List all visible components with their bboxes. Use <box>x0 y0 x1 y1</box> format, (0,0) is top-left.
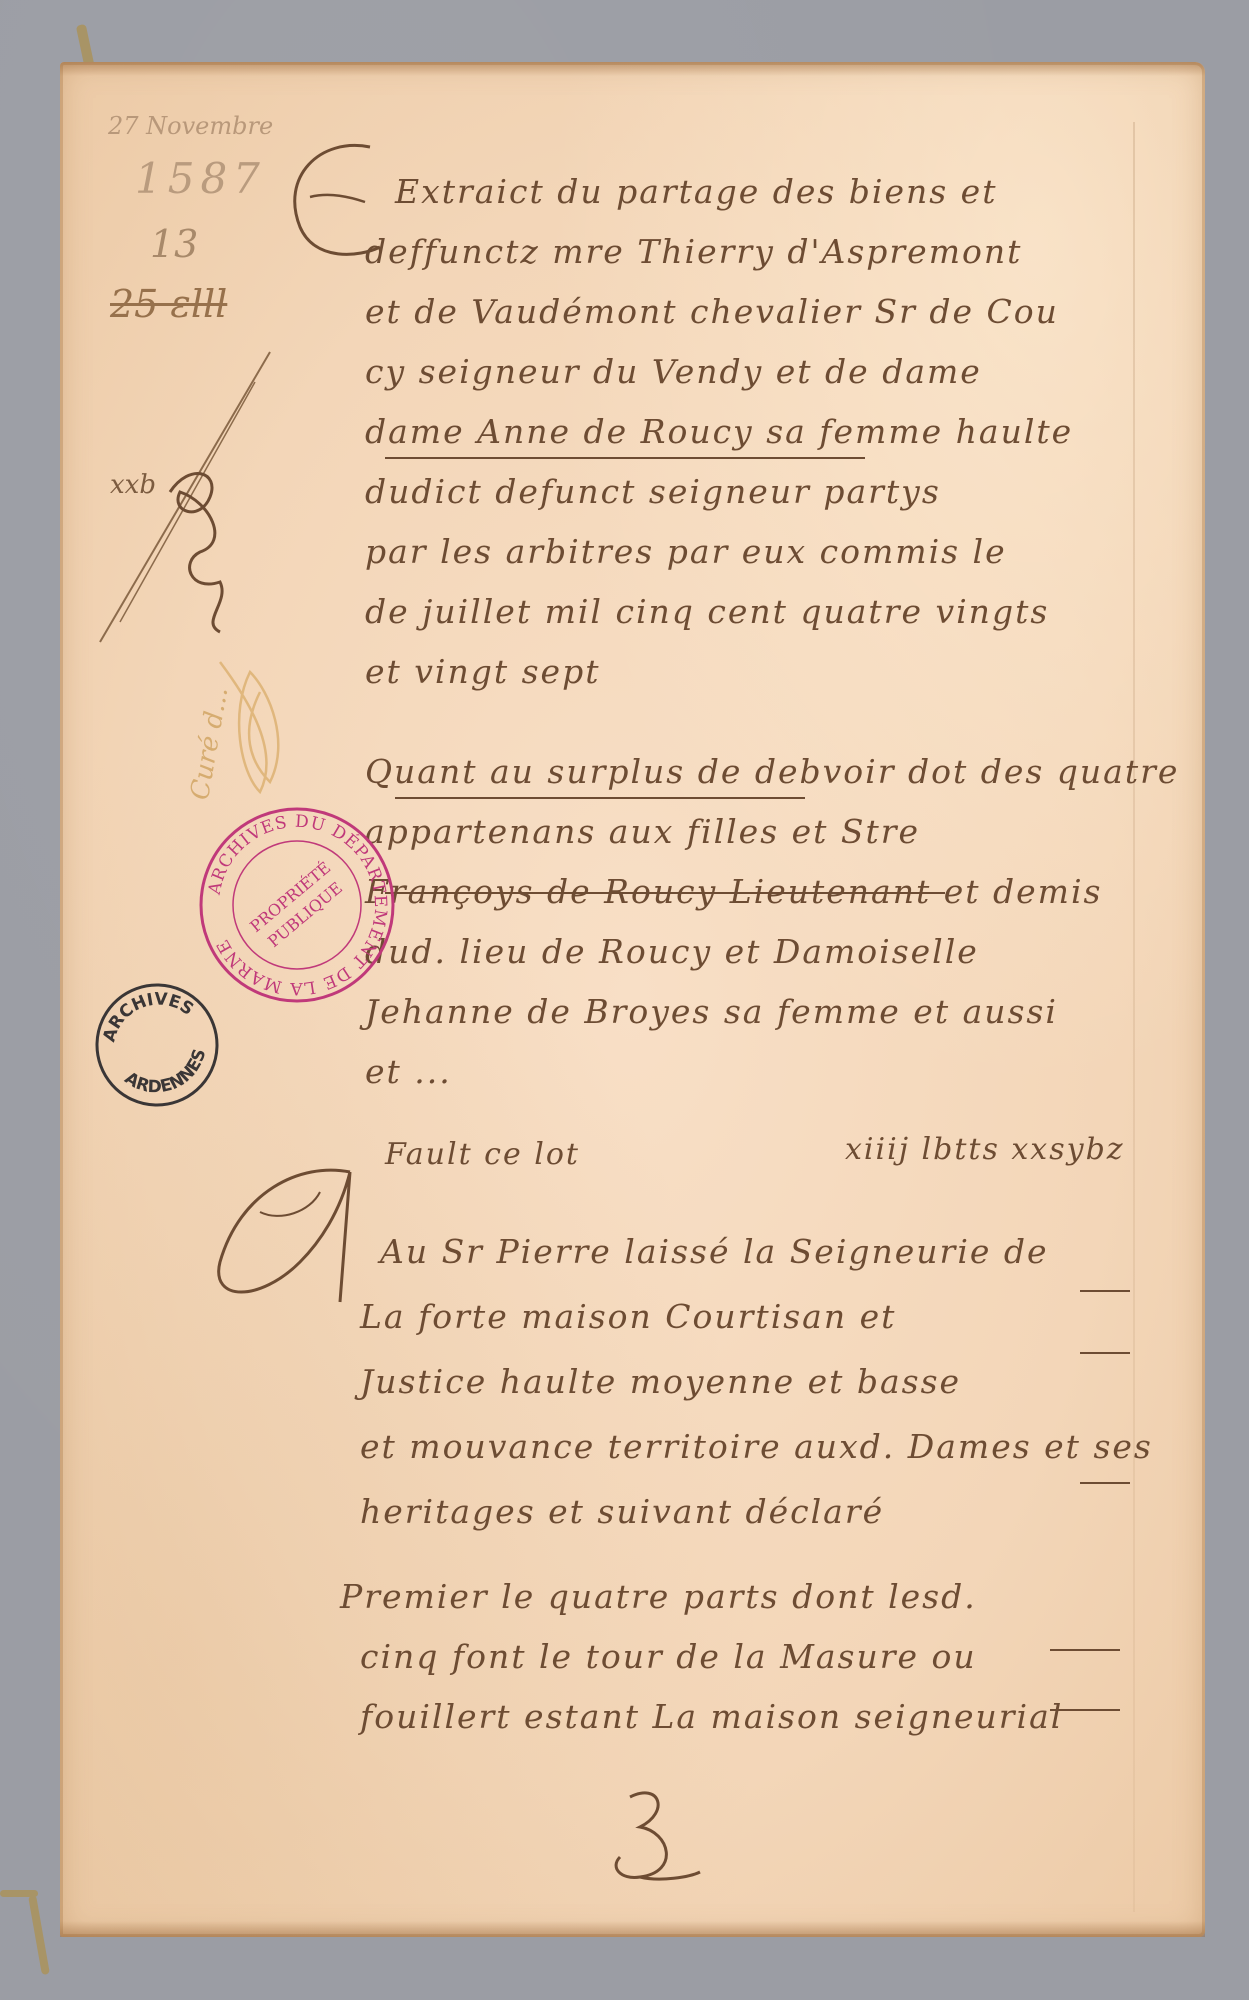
line-tail-dash <box>1080 1290 1130 1292</box>
margin-faded-flourish <box>190 652 310 812</box>
text-line-8: de juillet mil cinq cent quatre vingts <box>365 592 1049 631</box>
text-line-22: Premier le quatre parts dont lesd. <box>340 1577 977 1616</box>
text-line-1: Extraict du partage des biens et <box>395 172 997 211</box>
text-line-7: par les arbitres par eux commis le <box>365 532 1007 571</box>
sum-label: Fault ce lot <box>385 1137 580 1172</box>
binding-string-tail <box>0 1890 38 1897</box>
line-tail-dash <box>1080 1482 1130 1484</box>
text-line-9: et vingt sept <box>365 652 600 691</box>
closing-flourish <box>590 1782 710 1892</box>
text-line-4: cy seigneur du Vendy et de dame <box>365 352 982 391</box>
text-line-12: Françoys de Roucy Lieutenant et demis <box>365 872 1102 911</box>
text-line-11: appartenans aux filles et Stre <box>365 812 920 851</box>
archives-ardennes-stamp: ARCHIVES ARDENNES <box>92 980 222 1110</box>
text-line-5: dame Anne de Roucy sa femme haulte <box>365 412 1073 451</box>
text-line-3: et de Vaudémont chevalier Sr de Cou <box>365 292 1059 331</box>
text-line-20: et mouvance territoire auxd. Dames et se… <box>360 1427 1153 1466</box>
underline-rule-1 <box>385 457 865 459</box>
text-line-18: La forte maison Courtisan et <box>360 1297 896 1336</box>
line-tail-dash <box>1050 1709 1120 1711</box>
text-line-21: heritages et suivant déclaré <box>360 1492 884 1531</box>
underline-rule-2 <box>395 797 805 799</box>
margin-date: 27 Novembre <box>108 112 273 140</box>
archives-marne-stamp: ARCHIVES DU DÉPARTEMENT DE LA MARNE PROP… <box>197 805 397 1005</box>
text-line-13: dud. lieu de Roucy et Damoiselle <box>365 932 979 971</box>
text-line-24: fouillert estant La maison seigneurial <box>360 1697 1063 1736</box>
line-tail-dash <box>1050 1649 1120 1651</box>
margin-year: 1587 <box>135 154 266 203</box>
text-line-19: Justice haulte moyenne et basse <box>360 1362 961 1401</box>
margin-number-13: 13 <box>150 222 198 266</box>
text-line-6: dudict defunct seigneur partys <box>365 472 941 511</box>
margin-flourish-signature <box>80 342 280 662</box>
margin-number-25: 25 ɛlll <box>110 282 227 326</box>
text-line-17: Au Sr Pierre laissé la Seigneurie de <box>380 1232 1049 1271</box>
text-line-15: et ... <box>365 1052 452 1091</box>
text-line-2: deffunctz mre Thierry d'Aspremont <box>365 232 1022 271</box>
body-text-block-2: Au Sr Pierre laissé la Seigneurie de La … <box>340 1232 1160 1832</box>
sum-value: xiiij lbtts xxsybz <box>845 1132 1125 1167</box>
line-tail-dash <box>1080 1352 1130 1354</box>
text-line-23: cinq font le tour de la Masure ou <box>360 1637 977 1676</box>
text-line-10: Quant au surplus de debvoir dot des quat… <box>365 752 1179 791</box>
text-line-14: Jehanne de Broyes sa femme et aussi <box>365 992 1058 1031</box>
